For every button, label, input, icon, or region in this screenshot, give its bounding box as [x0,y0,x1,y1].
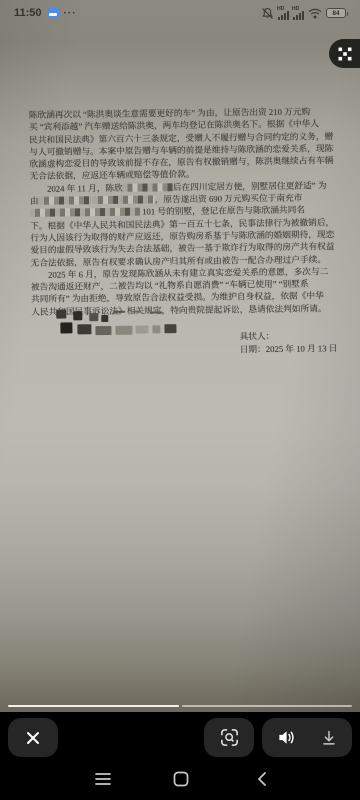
back-chevron-icon [256,771,268,787]
phone-screen: 11:50 ··· HD HD [0,0,360,800]
viewer-bottom-overlay [0,712,360,800]
speaker-icon [276,727,297,748]
document-closing: 具状人： 日期：2025 年 10 月 13 日 [239,329,337,355]
inline-redaction [123,183,173,192]
volume-button[interactable] [276,727,297,748]
sim2-signal-icon: HD [293,7,304,20]
recents-menu-icon [95,772,111,786]
home-square-icon [173,771,189,787]
inline-redaction [93,195,155,204]
redaction-block [60,322,72,333]
redaction-block [152,325,160,333]
redaction-block [73,311,82,320]
close-button[interactable] [8,718,58,757]
clock: 11:50 [14,7,42,19]
redaction-block [56,309,66,318]
muted-bell-icon [261,7,274,20]
navigation-bar [0,757,360,800]
more-notifications-indicator: ··· [64,8,77,19]
progress-bar[interactable] [0,705,360,708]
redaction-block [150,311,162,313]
back-button[interactable] [242,757,282,800]
redaction-block [115,326,132,335]
inline-redaction [38,196,90,205]
redaction-block [113,311,125,313]
lens-search-button[interactable] [204,718,254,757]
sim1-signal-icon: HD [278,7,289,20]
five-squares-recognize-icon [338,47,352,61]
download-icon [319,728,339,748]
photo-viewer-image[interactable]: 11:50 ··· HD HD [0,0,360,712]
redaction-block [164,324,176,333]
status-bar: 11:50 ··· HD HD [0,0,360,26]
inline-redaction [30,208,140,217]
redaction-block [135,325,148,333]
close-x-icon [24,729,42,747]
progress-segment[interactable] [8,705,179,708]
lens-scan-icon [219,727,240,748]
document-date: 日期：2025 年 10 月 13 日 [240,342,338,356]
legal-document-text: 陈欣涵再次以 “陈洪奥谈生意需要更好的车” 为由，让原告出资 210 万元购买 … [29,105,348,318]
recents-button[interactable] [83,757,123,800]
redaction-block [89,313,98,321]
ai-recognize-button[interactable] [329,39,360,68]
document-lines: 陈欣涵再次以 “陈洪奥谈生意需要更好的车” 为由，让原告出资 210 万元购买 … [29,105,348,318]
redaction-block [77,324,91,334]
home-button[interactable] [161,757,201,800]
signer-label: 具状人： [239,329,337,343]
media-actions-pill [262,718,352,757]
redaction-block [101,315,108,322]
wifi-icon [308,8,322,19]
progress-segment[interactable] [182,705,353,708]
redaction-block [132,311,141,313]
download-button[interactable] [319,728,339,748]
battery-icon: 84 [326,8,346,18]
redaction-block [95,326,111,335]
messaging-app-icon [47,8,59,18]
